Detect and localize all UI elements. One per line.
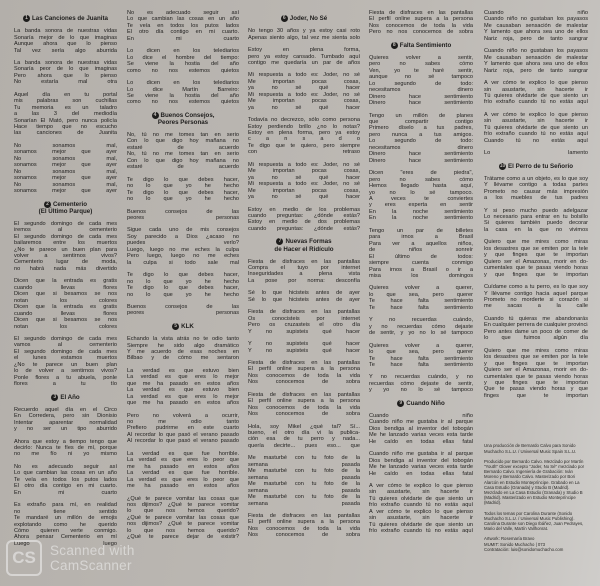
lyric-line: y yo no lo sé tampoco xyxy=(369,387,473,393)
stanza: No es adecuado seguir asíLo que cambian … xyxy=(14,464,117,496)
stanza: Te digo lo que debes hacer,no lo que yo … xyxy=(127,177,239,203)
stanza: Dicen que la entrada es gratiscuando lle… xyxy=(14,278,117,330)
lyric-line: Me masturbé con tu foto de la xyxy=(248,455,360,461)
camscanner-watermark: CS Scanned with CamScanner xyxy=(6,540,166,580)
stanza: Trátame como a un objeto, es lo que soyY… xyxy=(484,176,588,202)
lyric-line: Te digo lo que debes hacer, xyxy=(127,285,239,291)
stanza: Mi respuesta a todo es: Joder, no séMe i… xyxy=(248,72,360,111)
lyric-line: Cuando tú no estás aquí xyxy=(484,138,588,144)
lyric-line: En cualquier perrera de cualquier provin… xyxy=(484,322,588,328)
lyric-line: como no nos estemos quietos xyxy=(127,99,239,105)
lyric-line: Dicen "eres de piedra", xyxy=(369,170,473,176)
lyric-line: pero no sabes cómo xyxy=(369,61,473,67)
lyric-line: Dicen que si besamos se nos xyxy=(14,317,117,323)
watermark-text: Scanned with CamScanner xyxy=(50,543,135,573)
stanza: Dicen "eres de piedra",pero no sabes cóm… xyxy=(369,170,473,222)
lyric-line: peores personas xyxy=(127,310,239,316)
lyric-line: estaré de acuerdo xyxy=(127,164,239,170)
song-title-text: El Año xyxy=(60,394,79,401)
lyric-line: Cuando niño me gustaba ir al parque xyxy=(369,419,473,425)
stanza: Cuando niño no gustaban los payasosMe ca… xyxy=(484,48,588,74)
lyric-line: Lo dicen en los telediarios xyxy=(127,48,239,54)
lyric-line: Cuando niño no gustaban los payasos xyxy=(484,16,588,22)
song-title-text: de Hacer el Ridículo xyxy=(274,246,333,253)
lyric-line: Sonaría peor de lo que imaginas xyxy=(14,66,117,72)
watermark-line-1: Scanned with xyxy=(50,543,135,558)
song-title-text: Cuando Niño xyxy=(406,400,445,407)
lyric-line: El otro día contigo en mi cuarto. xyxy=(127,29,239,35)
song-title: 5KLK xyxy=(127,323,239,330)
lyric-line: He caído en todas ellas fatal xyxy=(369,439,473,445)
lyric-line: Me he lanzado varias veces esta tarde xyxy=(369,464,473,470)
lyric-line: Y no supisteis qué hacer xyxy=(248,329,360,335)
stanza: Cuando niño me gustaba ir al parqueDios … xyxy=(369,451,473,477)
lyric-line: Y no supisteis qué hacer xyxy=(248,341,360,347)
lyric-line: No, tú no me tomes tan en serio xyxy=(127,151,239,157)
song: 6Joder, No SéNo tengo 30 años y ya estoy… xyxy=(248,15,360,232)
lyric-line: los desastres que se emiten por la tele xyxy=(484,354,588,360)
lyric-line: Cuídame como a tu perro, es lo que soy xyxy=(484,284,588,290)
song-title: 10El Perro de tu Señorío xyxy=(484,163,588,170)
lyric-line: Es extraño para mí, en realidad xyxy=(14,502,117,508)
song: 5KLKEchando la vista atrás no te odio ta… xyxy=(127,323,239,541)
lyric-line: El perfil online supera a la persona xyxy=(248,366,360,372)
lyric-line: Se viene la hostia del año xyxy=(127,61,239,67)
lyric-line: con retraso xyxy=(248,149,360,155)
lyric-line: c a n s a d o xyxy=(248,136,360,142)
lyric-line: Quiero que me mires como miras xyxy=(484,239,588,245)
stanza: Quiero que me mires como miraslos desast… xyxy=(484,348,588,400)
lyric-line: Me he lanzado varias veces esta tarde xyxy=(369,432,473,438)
lyric-line: sin asustarte, sin hacerte ir xyxy=(484,118,588,124)
lyric-line: lo de volver a sentirnos vivos? xyxy=(14,368,117,374)
lyric-line: Y llévame contigo a todas partes xyxy=(484,182,588,188)
lyric-line: Cementerio lugar de moda, xyxy=(14,259,117,265)
stanza: Sé lo que hicisteis antes de ayerSé lo q… xyxy=(248,290,360,303)
lyric-line: Me importan pocas cosas, xyxy=(248,168,360,174)
lyric-line: Prefiero pudrirme en este cuarto xyxy=(127,425,239,431)
lyric-line: Si quieres también puedo decorar xyxy=(484,220,588,226)
song-title: 1Las Canciones de Juanita xyxy=(14,15,117,22)
lyric-line: y eres experta en sentir xyxy=(369,202,473,208)
stanza: El segundo domingo de cada mesiremos al … xyxy=(14,221,117,273)
stanza: Lo dicen en los telediariosLo dice Martí… xyxy=(127,80,239,106)
stanza: Quieres volver a querer,lo que sea, pero… xyxy=(369,285,473,311)
stanza: Sigue cada uno de mis consejosSoy pareci… xyxy=(127,227,239,266)
lyric-line: Pero luego, luego no me eches xyxy=(127,253,239,259)
stanza: Cuídame como a tu perro, es lo que soyY … xyxy=(484,284,588,310)
stanza: Buenos consejos de laspeores personas xyxy=(127,209,239,222)
stanza: Estoy en medio de los problemascuando pr… xyxy=(248,207,360,233)
credits-paragraph: Artwork: Rosemaría Bravo MUMIT: Sonido M… xyxy=(484,536,588,552)
lyric-line: frío extraño cuando tú no estás aquí xyxy=(369,502,473,508)
lyric-line: Dicen que la entrada es gratis xyxy=(14,278,117,284)
lyric-line: nos dijimos? ¿Qué te parece vomitar xyxy=(127,521,239,527)
song-title-text: El Perro de tu Señorío xyxy=(508,163,573,170)
lyric-line: Nos conocemos de sobra xyxy=(248,411,360,417)
lyric-line: mis palabras son cuchillas xyxy=(14,98,117,104)
lyric-line: Cuando niño me gustaba ir al parque xyxy=(369,451,473,457)
song-title: 3El Año xyxy=(14,394,117,401)
lyric-line: bailaremos entre los muertos xyxy=(14,240,117,246)
lyric-line: Lo que cambian las cosas en un año xyxy=(127,16,239,22)
stanza: Fiesta de disfraces en las pantallasComp… xyxy=(248,259,360,285)
lyric-line: Y no recuerdas cuándo, xyxy=(369,317,473,323)
stanza: Fiesta de disfraces en las pantallasEl p… xyxy=(369,10,473,36)
track-number-icon: 6 xyxy=(281,15,288,22)
lyric-line: Nariz roja, pero de tanto sangrar xyxy=(484,36,588,42)
lyric-line: quería decirte... pues eso... que xyxy=(248,443,360,449)
song-title: 7Nuevas Formasde Hacer el Ridículo xyxy=(248,238,360,252)
track-number-icon: 3 xyxy=(51,394,58,401)
lyric-line: Dinero hace sentimiento xyxy=(369,151,473,157)
lyric-line: de niños sonreír xyxy=(369,247,473,253)
credits-paragraph: Producido por Bernardo Calvo. Mezclado p… xyxy=(484,459,588,506)
stanza: La banda sonora de nuestras vidasSonaría… xyxy=(14,28,117,54)
song-title-text: Falta Sentimiento xyxy=(400,42,452,49)
song-title-text: Peores Personas xyxy=(158,119,208,126)
lyric-line: notan los colores xyxy=(14,324,117,330)
lyric-line: Fiesta de disfraces en las pantallas xyxy=(248,309,360,315)
lyric-line: el lunes estamos muertos xyxy=(14,355,117,361)
lyric-line: Y lamento que ahora sea uno de ellos xyxy=(484,61,588,67)
lyric-line: para irnos a Brasil xyxy=(369,234,473,240)
song-title-text: Buenos Consejos, xyxy=(161,112,215,119)
lyric-line: frío extraño cuando tú no estás aquí xyxy=(369,528,473,534)
stanza: Te digo lo que debes hacer,no lo que yo … xyxy=(127,272,239,298)
lyric-line: lo que sea, pero querer xyxy=(369,349,473,355)
lyric-line: Tal vez sería algo aburrida xyxy=(14,48,117,54)
lyric-line: En la noche sentimiento xyxy=(369,215,473,221)
track-number-icon: 8 xyxy=(391,42,398,49)
lyric-line: sin asustarte, sin hacerte ir xyxy=(369,489,473,495)
watermark-line-2: CamScanner xyxy=(50,558,135,573)
stanza: Fiesta de disfraces en las pantallasEl p… xyxy=(248,360,360,386)
song: 1Las Canciones de JuanitaLa banda sonora… xyxy=(14,15,117,195)
stanza: A ver cómo te explico lo que piensosin a… xyxy=(484,112,588,144)
lyric-line: ya no sé qué hacer xyxy=(248,105,360,111)
lyric-line: Bilbao y de cómo me sentaron xyxy=(127,355,239,361)
lyric-line: peores personas xyxy=(127,215,239,221)
lyric-line: Te mandaré un millón de emojis xyxy=(14,515,117,521)
lyric-line: Sé lo que hicisteis antes de ayer xyxy=(248,297,360,303)
stanza: A ver cómo te explico lo que piensosin a… xyxy=(369,483,473,535)
lyric-line: sonamos mejor que ayer xyxy=(14,188,117,194)
lyric-line: Que te pasas viendo horas y que xyxy=(484,386,588,392)
lyric-line: de sentir, y yo no lo sé tampoco xyxy=(369,330,473,336)
lyric-line: Lo dicen en los telediarios xyxy=(127,80,239,86)
lyric-line: Estoy en plena forma, xyxy=(248,47,360,53)
stanza: No sonamos mal,sonamos mejor que ayerNo … xyxy=(14,143,117,195)
lyric-line: El perfil online supera a la persona xyxy=(369,16,473,22)
stanza: ¿Qué te parece vomitar las cosas quenos … xyxy=(127,496,239,541)
song: No es adecuado seguir asíLo que cambian … xyxy=(127,10,239,106)
lyric-line: no lo que yo he hecho xyxy=(127,183,239,189)
lyric-line: y que finges que te importan xyxy=(484,252,588,258)
lyric-line: necesitamos dinero xyxy=(369,87,473,93)
camscanner-logo-icon: CS xyxy=(6,540,42,576)
lyric-line: Inseguridades a plena vista xyxy=(248,271,360,277)
stanza: La verdad es que estuvo bienLa verdad es… xyxy=(127,368,239,407)
lyric-line: puedes verlo? xyxy=(127,240,239,246)
lyric-line: Estoy en medio de dos problemas xyxy=(248,219,360,225)
stanza: Fiesta de disfraces en las pantallasOs c… xyxy=(248,309,360,335)
lyric-line: frío extraño cuando tú no estás aquí xyxy=(484,131,588,137)
song-title-text: KLK xyxy=(181,323,194,330)
stanza: Fiesta de disfraces en las pantallasEl p… xyxy=(248,513,360,539)
column-2: No es adecuado seguir asíLo que cambian … xyxy=(127,10,239,547)
stanza: Cuando tú quieras me abandonarásEn cualq… xyxy=(484,316,588,342)
stanza: Aquel día en tu portalmis palabras son c… xyxy=(14,92,117,137)
lyric-line: Cuando niño no gustaban los payasos xyxy=(484,48,588,54)
lyric-line: Dinero hace sentimiento xyxy=(369,158,473,164)
lyric-line: Y lamento que ahora sea uno de ellos xyxy=(484,29,588,35)
lyric-line: como no nos estemos quietos xyxy=(127,68,239,74)
lyric-line: No tengo 30 años y ya estoy casi roto xyxy=(248,28,360,34)
lyric-line: flores a tu tío xyxy=(14,381,117,387)
lyric-line: Hemos llegado hasta aquí, xyxy=(369,183,473,189)
lyric-line: Siempre he sido algo dramático xyxy=(127,343,239,349)
lyric-line: las canciones de Juanita xyxy=(14,130,117,136)
lyric-line: la culpa si todo sale mal xyxy=(127,260,239,266)
lyric-line: Te hace falta sentimiento xyxy=(369,362,473,368)
lyric-line: Sé lo que hicisteis antes de ayer xyxy=(248,290,360,296)
lyric-line: Y no supisteis qué hacer xyxy=(248,348,360,354)
lyric-line: vamos al cementerio xyxy=(14,342,117,348)
stanza: La banda sonora de nuestras vidasSonaría… xyxy=(14,60,117,86)
lyric-line: Dinero hace sentimiento xyxy=(369,100,473,106)
song: 7Nuevas Formasde Hacer el RidículoFiesta… xyxy=(248,238,360,538)
lyric-line: En mi cuarto xyxy=(14,490,117,496)
song-title-text: (El Último Parque) xyxy=(39,208,93,215)
stanza: Hola, soy Mikel ¿qué tal? Sí...bueno, el… xyxy=(248,424,360,450)
stanza: No, tú no me tomes tan en serioCon lo qu… xyxy=(127,132,239,171)
stanza: A ver cómo te explico lo que piensosin a… xyxy=(484,80,588,106)
lyric-line: sonamos mejor que ayer xyxy=(14,149,117,155)
track-number-icon: 4 xyxy=(152,112,159,119)
lyric-line: cumentales que te pasas viendo horas xyxy=(484,265,588,271)
song: 8Falta SentimientoQuieres volver a senti… xyxy=(369,42,473,394)
stanza: Mi respuesta a todo es: Joder, no séMe i… xyxy=(248,162,360,201)
stanza: Y no supisteis qué hacerY no supisteis q… xyxy=(248,341,360,354)
stanza: El segundo domingo de cada mesvamos al c… xyxy=(14,336,117,388)
song: Fiesta de disfraces en las pantallasEl p… xyxy=(369,10,473,36)
lyric-line: Lo lamento xyxy=(484,150,588,156)
lyric-line: que me ha pasado en estos años xyxy=(127,400,239,406)
lyric-line: Aunque ahora que lo pienso xyxy=(14,41,117,47)
lyric-line: siempre cuenta conmigo xyxy=(369,260,473,266)
track-number-icon: 5 xyxy=(172,323,179,330)
lyric-line: La verdad es que eres lo mejor xyxy=(127,374,239,380)
lyric-line: La verdad es que eres lo peor que xyxy=(127,457,239,463)
stanza: Cuando niñoCuando niño no gustaban los p… xyxy=(484,10,588,42)
stanza: Fiesta de disfraces en las pantallasEl p… xyxy=(248,392,360,418)
credits-block: Una producción de Bernardo Calvo para So… xyxy=(484,443,588,552)
stanza: Quieres volver a querer,lo que sea, pero… xyxy=(369,343,473,369)
stanza: Estoy en plena forma,pero ya estoy cansa… xyxy=(248,47,360,66)
lyric-line: La pose por norma: desconfía xyxy=(248,278,360,284)
column-1: 1Las Canciones de JuanitaLa banda sonora… xyxy=(14,10,117,553)
lyric-line: Al recordar lo que pasó el verano pasado xyxy=(127,438,239,444)
song-title-text: Cementerio xyxy=(53,201,87,208)
stanza: Y si peso mucho puedo adelgazarLo necesa… xyxy=(484,208,588,234)
lyric-line: Te digo lo que debes hacer, xyxy=(127,272,239,278)
lyric-line: Echando la vista atrás no te odio tanto xyxy=(127,336,239,342)
stanza: La verdad es que fue horrible.La verdad … xyxy=(127,451,239,490)
lyric-line: Lo segundo de todo: xyxy=(369,138,473,144)
lyric-line: Mi respuesta a todo es: Joder, no sé xyxy=(248,181,360,187)
stanza: Lo lamento xyxy=(484,150,588,156)
stanza: Quieres volver a sentir,pero no sabes có… xyxy=(369,55,473,107)
song-title: 6Joder, No Sé xyxy=(248,15,360,22)
lyric-line: sonamos mejor que ayer xyxy=(14,175,117,181)
lyric-line: Me masturbé con tu foto de la xyxy=(248,494,360,500)
lyric-line: contigo me quedaría un par de años xyxy=(248,60,360,66)
lyric-line: me sacas a la calle xyxy=(484,303,588,309)
stanza: Y no recuerdas cuándo, y norecuerdas cóm… xyxy=(369,374,473,393)
credits-paragraph: Todos los temas por Carolina Durante (So… xyxy=(484,511,588,532)
lyric-line: aunque no sé tampoco xyxy=(369,74,473,80)
lyric-line: a las 3 del mediodía xyxy=(14,111,117,117)
lyric-line: A ver cómo te explico lo que pienso xyxy=(484,80,588,86)
lyric-line: Y no recuerdas cuándo, y no xyxy=(369,374,473,380)
lyric-line: y que finges que te importan xyxy=(484,272,588,278)
lyric-line: cuando preguntas: ¿dónde estás? xyxy=(248,226,360,232)
lyric-line: Nos conocemos de sobra xyxy=(248,379,360,385)
lyric-line: finges que te importan xyxy=(484,393,588,399)
column-4: Fiesta de disfraces en las pantallasEl p… xyxy=(369,10,473,541)
lyric-line: ción esa de tu perro y nada... xyxy=(248,436,360,442)
lyric-line: La verdad es que estuvo bien xyxy=(127,387,239,393)
lyrics-booklet-page: 1Las Canciones de JuanitaLa banda sonora… xyxy=(0,0,600,586)
lyric-line: Nos conocemos de sobra xyxy=(248,532,360,538)
lyric-line: El otro día contigo en mi cuarto. xyxy=(14,483,117,489)
column-3: 6Joder, No SéNo tengo 30 años y ya estoy… xyxy=(248,10,360,545)
lyric-line: y no ser un tipo aburrido xyxy=(14,426,117,432)
lyric-line: En mi cuarto xyxy=(127,36,239,42)
lyric-line: Todavía no decrezco, sólo como persona xyxy=(248,117,360,123)
credits-paragraph: Una producción de Bernardo Calvo para So… xyxy=(484,443,588,453)
stanza: Tengo un millón de planesque compartir c… xyxy=(369,113,473,165)
lyric-line: Pero os cruzasteis el otro día xyxy=(248,322,360,328)
lyric-line: Apenas siento algo, tal vez me sienta so… xyxy=(248,35,360,41)
lyric-line: no lo que yo he hecho xyxy=(127,196,239,202)
lyric-line: Me masturbé con tu foto de la xyxy=(248,481,360,487)
stanza: Recuerdo aquel día en el CircoEn Correde… xyxy=(14,407,117,433)
song: 3El AñoRecuerdo aquel día en el CircoEn … xyxy=(14,394,117,548)
lyric-line: pero ya estoy cansado. Tumbado aquí xyxy=(248,54,360,60)
song-title-text: Joder, No Sé xyxy=(290,15,327,22)
lyric-line: Lo que cambian las cosas en un año xyxy=(14,470,117,476)
song-title: 2Cementerio(El Último Parque) xyxy=(14,201,117,215)
stanza: Me masturbé con tu foto de lasemana pasa… xyxy=(248,455,360,507)
stanza: Cuando niñoCuando niño me gustaba ir al … xyxy=(369,413,473,445)
lyric-line: Quiero ser el Amazonas, morir en do- xyxy=(484,367,588,373)
stanza: Pero no volverá a ocurrir,no me odio tan… xyxy=(127,413,239,445)
lyric-line: Te hace falta sentimiento xyxy=(369,305,473,311)
lyric-line: ya no sé qué hacer xyxy=(248,85,360,91)
lyric-line: no habrá nada más divertido xyxy=(14,266,117,272)
lyric-line: Quieres volver a querer, xyxy=(369,285,473,291)
track-number-icon: 1 xyxy=(23,15,30,22)
lyric-line: frío extraño cuando tú no estás aquí xyxy=(484,99,588,105)
lyric-line: He caído en todas ellas fatal xyxy=(369,471,473,477)
lyric-line: sin asustarte, sin hacerte ir xyxy=(369,515,473,521)
lyric-line: misa los domingos xyxy=(369,273,473,279)
song-title-text: Las Canciones de Juanita xyxy=(32,15,108,22)
lyric-line: Te hace falta sentimiento xyxy=(369,298,473,304)
stanza: Quiero que me mires como miraslos desast… xyxy=(484,239,588,278)
track-number-icon: 10 xyxy=(499,163,506,170)
stanza: Ahora que estoy a tiempo tengo quedecirl… xyxy=(14,439,117,458)
lyric-line: me ha pasado en estos años xyxy=(127,483,239,489)
lyric-line: no lo que yo he hecho xyxy=(127,292,239,298)
song: 4Buenos Consejos,Peores PersonasNo, tú n… xyxy=(127,112,239,317)
lyric-line: lo que nos hemos querido? xyxy=(127,508,239,514)
stanza: No es adecuado seguir asíLo que cambian … xyxy=(127,10,239,42)
lyric-line: la casa en la que no vivimos xyxy=(484,227,588,233)
song-title: 9Cuando Niño xyxy=(369,400,473,407)
lyric-line: El perfil online supera a la persona xyxy=(248,398,360,404)
lyric-line: Dicen que si besamos se nos xyxy=(14,291,117,297)
lyric-line: semana pasada xyxy=(248,501,360,507)
song-title-text: Nuevas Formas xyxy=(285,239,331,246)
lyric-line: El perfil online supera a la persona xyxy=(248,519,360,525)
lyric-line: En Corredera, pero sin Dionisio xyxy=(14,413,117,419)
lyric-line: Con lo que digo hoy mañana no xyxy=(127,138,239,144)
lyric-line: Nariz roja, pero de tanto sangrar xyxy=(484,68,588,74)
song: 2Cementerio(El Último Parque)El segundo … xyxy=(14,201,117,388)
lyric-line: La banda sonora de nuestras vidas xyxy=(14,28,117,34)
lyric-line: Me importan pocas cosas, xyxy=(248,98,360,104)
lyric-line: La verdad es que fue horrible. xyxy=(127,470,239,476)
stanza: Echando la vista atrás no te odio tantoS… xyxy=(127,336,239,362)
song: 9Cuando NiñoCuando niñoCuando niño me gu… xyxy=(369,400,473,535)
lyric-line: iremos al cementerio xyxy=(14,227,117,233)
song: 10El Perro de tu SeñoríoTrátame como a u… xyxy=(484,163,588,400)
stanza: Todavía no decrezco, sólo como personaEs… xyxy=(248,117,360,156)
lyric-line: No estaría mal otra xyxy=(14,79,117,85)
stanza: Buenos consejos de laspeores personas xyxy=(127,304,239,317)
song: Cuando niñoCuando niño no gustaban los p… xyxy=(484,10,588,157)
song-title: 4Buenos Consejos,Peores Personas xyxy=(127,112,239,126)
track-number-icon: 2 xyxy=(44,201,51,208)
song-title: 8Falta Sentimiento xyxy=(369,42,473,49)
lyric-line: Mi respuesta a todo es: Joder, no sé xyxy=(248,72,360,78)
track-number-icon: 9 xyxy=(397,400,404,407)
stanza: No tengo 30 años y ya estoy casi rotoApe… xyxy=(248,28,360,41)
lyric-line: a los muebles de tus padres xyxy=(484,195,588,201)
lyric-line: sonamos mejor que ayer xyxy=(14,162,117,168)
stanza: Y no recuerdas cuándo,y no recuerdas cóm… xyxy=(369,317,473,336)
stanza: Tengo un par de billetespara irnos a Bra… xyxy=(369,228,473,280)
lyric-line: Primero díselo a tus padres, xyxy=(369,125,473,131)
lyric-line: Sigue cada uno de mis consejos xyxy=(127,227,239,233)
column-5: Cuando niñoCuando niño no gustaban los p… xyxy=(484,10,588,557)
lyric-line: lo que fuimos algún día xyxy=(484,335,588,341)
lyric-line: Pero no nos conocemos de sobra xyxy=(369,29,473,35)
lyric-line: no me fío ni yo mismo xyxy=(14,451,117,457)
lyric-line: Me masturbé con tu foto de la xyxy=(248,468,360,474)
stanza: Lo dicen en los telediariosLo dice el ho… xyxy=(127,48,239,74)
lyric-line: Dicen que la entrada es gratis xyxy=(14,304,117,310)
track-number-icon: 7 xyxy=(276,238,283,245)
lyric-line: ya no sé qué hacer xyxy=(248,194,360,200)
